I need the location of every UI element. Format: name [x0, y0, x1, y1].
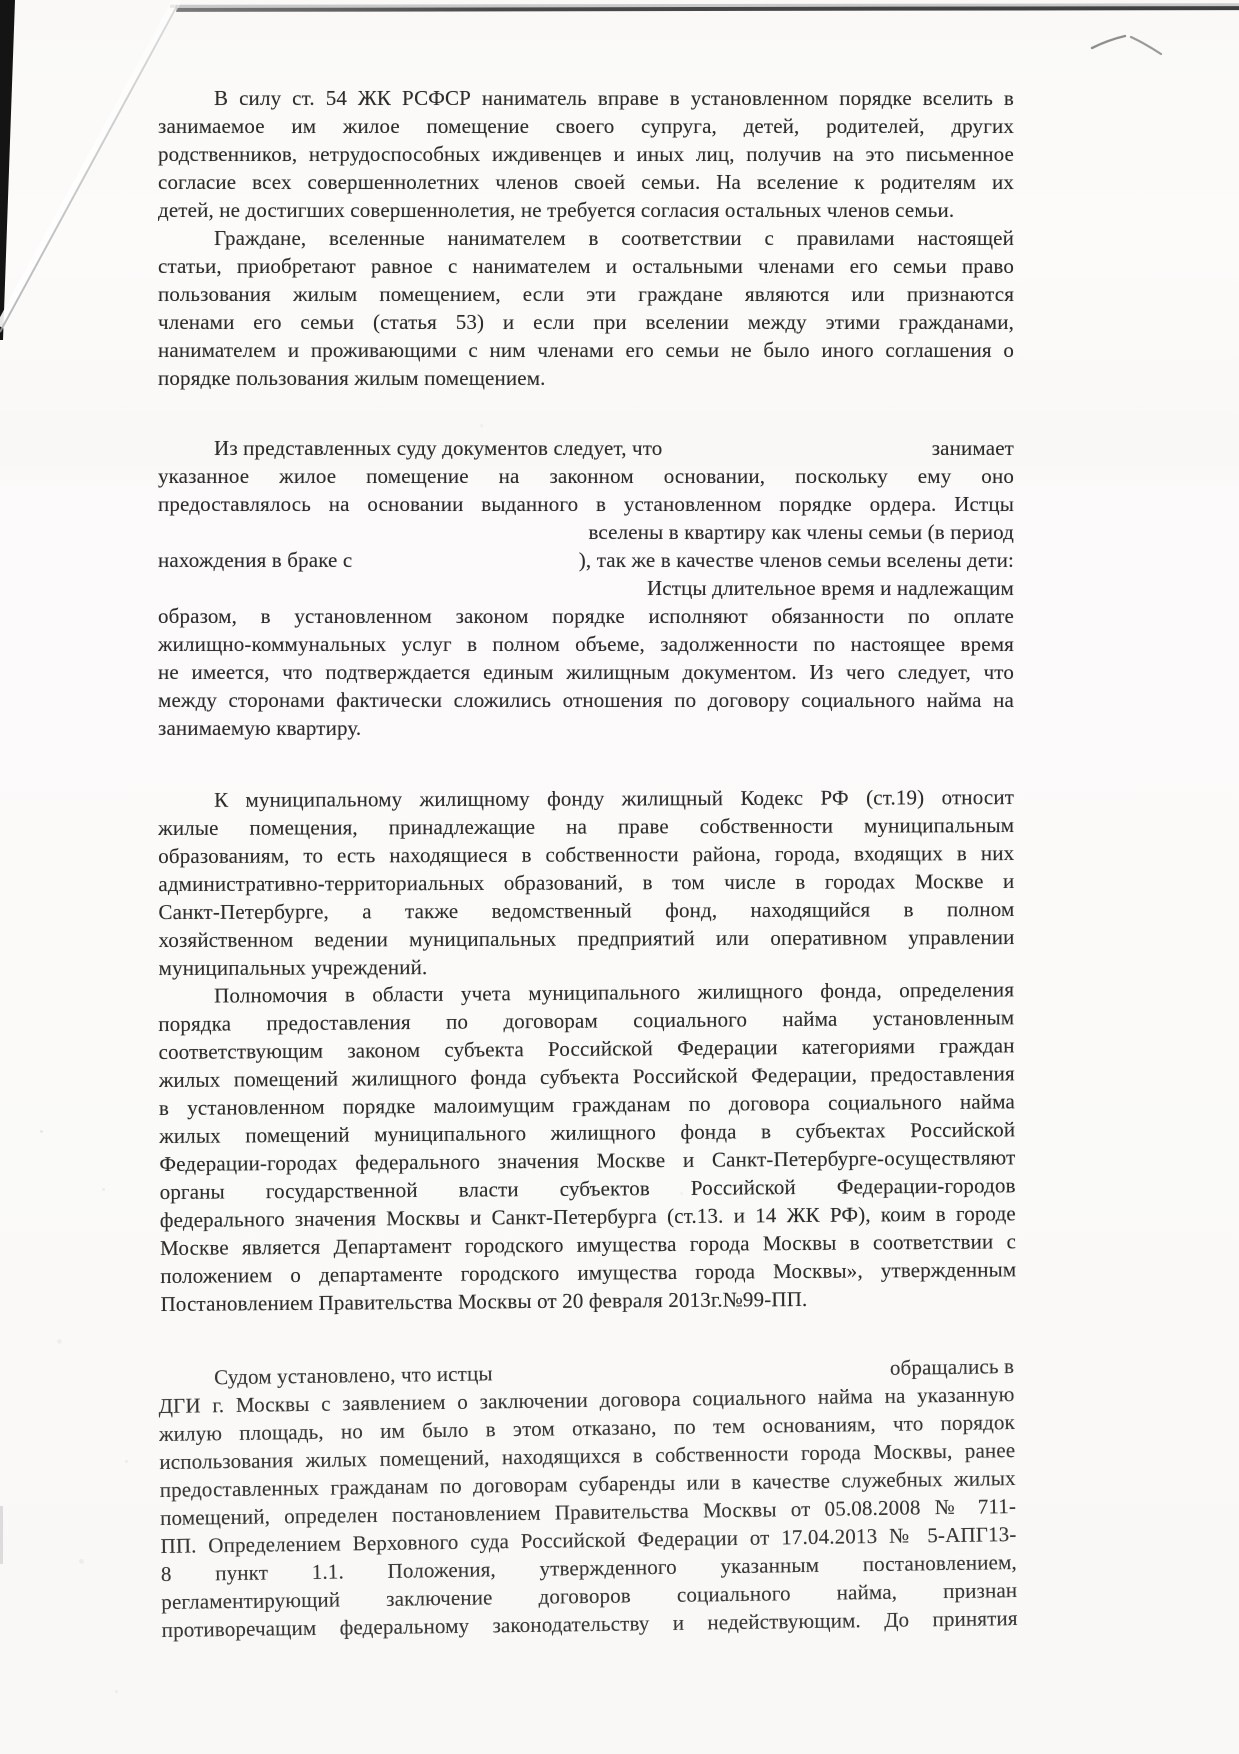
text-line: Из представленных суду документов следуе…: [158, 434, 1014, 462]
text-line: административно-территориальных образова…: [158, 867, 1014, 898]
text-line: В силу ст. 54 ЖК РСФСР наниматель вправе…: [158, 84, 1014, 112]
text-line: родственников, нетрудоспособных иждивенц…: [158, 140, 1014, 168]
paragraph-housing-code-art54: В силу ст. 54 ЖК РСФСР наниматель вправе…: [158, 84, 1014, 224]
text-line: указанное жилое помещение на законном ос…: [158, 462, 1014, 490]
paragraph-court-findings-occupancy: Из представленных суду документов следуе…: [158, 434, 1014, 742]
text-line: хозяйственном ведении муниципальных пред…: [158, 923, 1014, 954]
text-line: Постановлением Правительства Москвы от 2…: [160, 1283, 1016, 1318]
text-segment: занимает: [932, 434, 1014, 462]
text-line: детей, не достигших совершеннолетия, не …: [158, 196, 1014, 224]
text-line: вселены в квартиру как члены семьи (в пе…: [158, 518, 1014, 546]
text-line: нахождения в браке с), так же в качестве…: [158, 546, 1014, 574]
text-line: Граждане, вселенные нанимателем в соотве…: [158, 224, 1014, 252]
text-line: порядке пользования жилым помещением.: [158, 364, 1014, 392]
paragraph-municipal-housing-fund: К муниципальному жилищному фонду жилищны…: [158, 783, 1015, 982]
text-line: статьи, приобретают равное с нанимателем…: [158, 252, 1014, 280]
text-line: членами его семьи (статья 53) и если при…: [158, 308, 1014, 336]
text-segment: ), так же в качестве членов семьи вселен…: [579, 546, 1014, 574]
page-corner-crease-line: [0, 5, 178, 333]
text-segment: нахождения в браке с: [158, 546, 352, 574]
text-line: не имеется, что подтверждается единым жи…: [158, 658, 1014, 686]
text-line: занимаемое им жилое помещение своего суп…: [158, 112, 1014, 140]
scan-noise-specks: [40, 1130, 43, 1133]
scan-edge-smudge: [0, 1506, 3, 1564]
text-line: жилые помещения, принадлежащие на праве …: [158, 811, 1014, 842]
text-line: образованиям, то есть находящиеся в собс…: [158, 839, 1014, 870]
text-line: жилищно-коммунальных услуг в полном объе…: [158, 630, 1014, 658]
document-page: В силу ст. 54 ЖК РСФСР наниматель вправе…: [0, 0, 1239, 1754]
paragraph-court-findings-dgi: Судом установлено, что истцыобращались в…: [158, 1352, 1018, 1644]
text-segment: обращались в: [890, 1352, 1015, 1382]
text-line: Санкт-Петербурге, а также ведомственный …: [158, 895, 1014, 926]
text-segment: Из представленных суду документов следуе…: [214, 434, 662, 462]
scan-top-edge-line: [176, 6, 1239, 12]
text-line: нанимателем и проживающими с ним членами…: [158, 336, 1014, 364]
text-line: Истцы длительное время и надлежащим: [158, 574, 1014, 602]
paragraph-authority-powers: Полномочия в области учета муниципальног…: [158, 975, 1017, 1318]
paragraph-tenants-equal-rights: Граждане, вселенные нанимателем в соотве…: [158, 224, 1014, 392]
text-line: предоставлялось на основании выданного в…: [158, 490, 1014, 518]
text-line: пользования жилым помещением, если эти г…: [158, 280, 1014, 308]
text-line: занимаемую квартиру.: [158, 714, 1014, 742]
text-line: образом, в установленном законом порядке…: [158, 602, 1014, 630]
text-segment: Судом установлено, что истцы: [214, 1359, 493, 1391]
text-line: согласие всех совершеннолетних членов св…: [158, 168, 1014, 196]
text-column: В силу ст. 54 ЖК РСФСР наниматель вправе…: [158, 84, 1014, 1644]
text-line: между сторонами фактически сложились отн…: [158, 686, 1014, 714]
text-line: К муниципальному жилищному фонду жилищны…: [158, 783, 1014, 814]
